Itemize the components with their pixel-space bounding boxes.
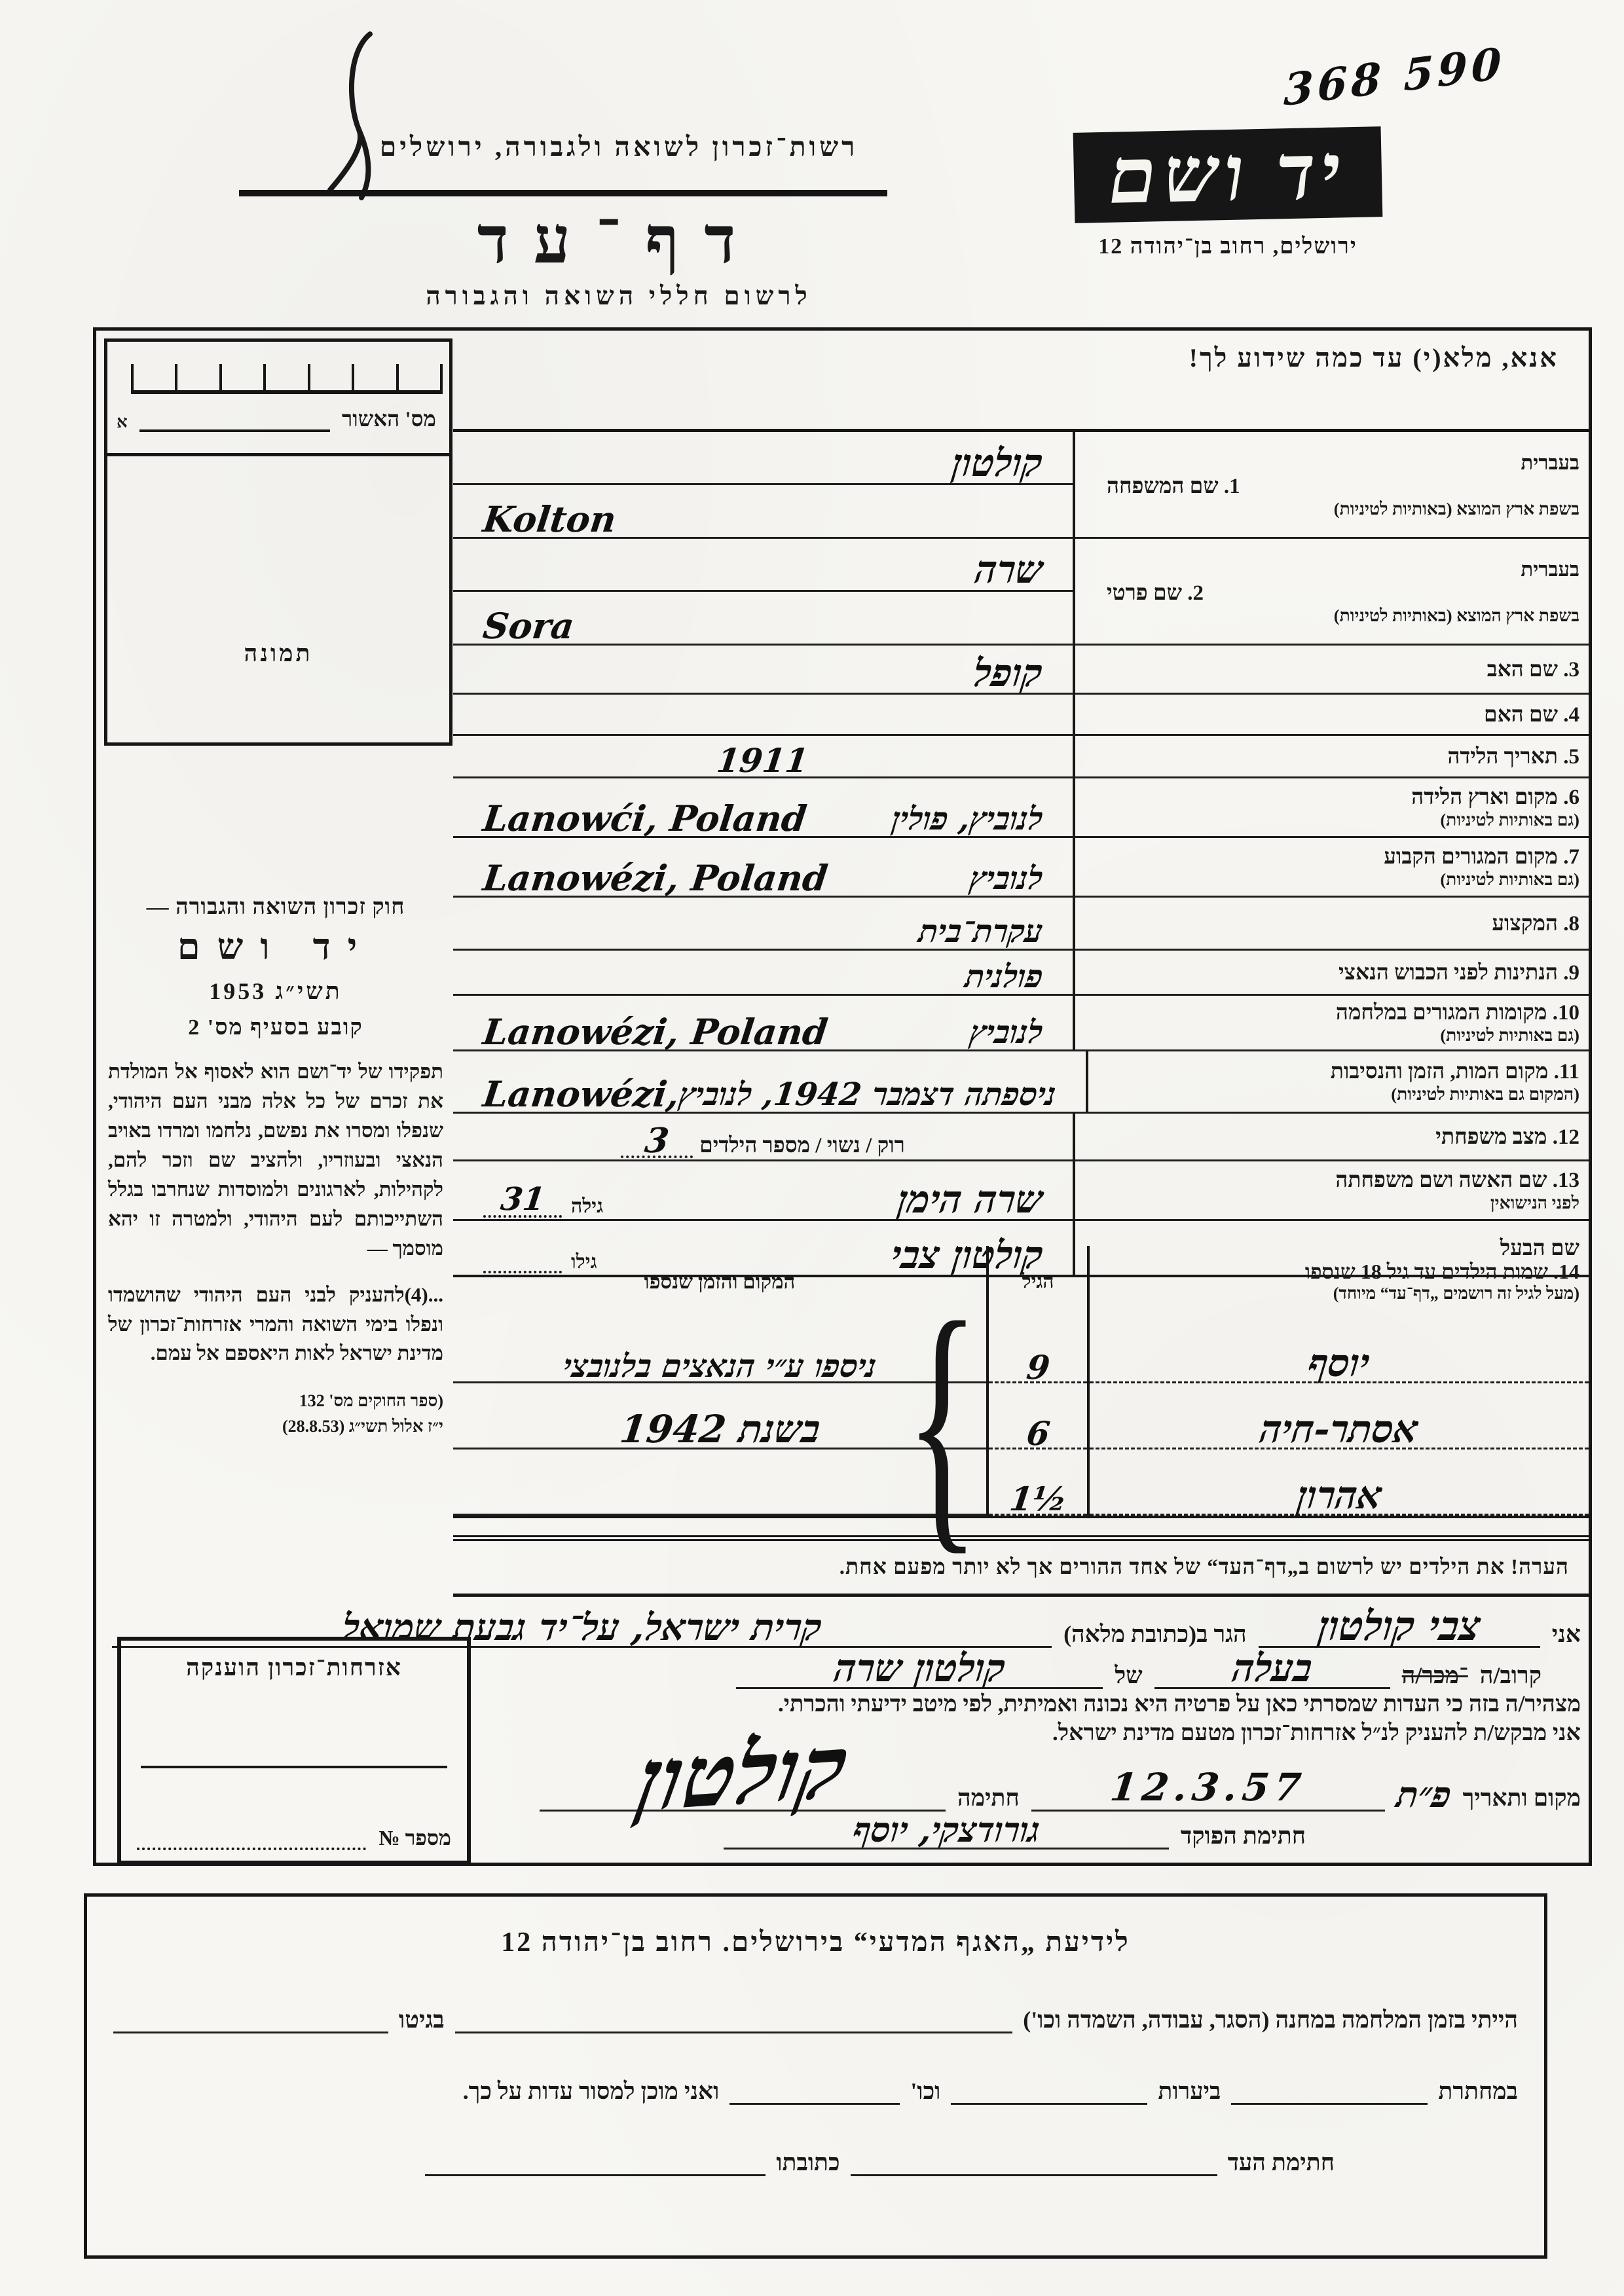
perforation-ruler bbox=[131, 360, 443, 394]
label: 2. שם פרטי bbox=[1080, 581, 1579, 606]
declare-text: מצהיר/ה בזה כי העדות שמסרתי כאן על פרטיה… bbox=[778, 1691, 1581, 1717]
field-marital-status: 12. מצב משפחתי רוק / נשוי / מספר הילדים … bbox=[453, 1114, 1589, 1161]
header-rule bbox=[239, 190, 887, 196]
field-citizenship: 9. הנתינות לפני הכבוש הנאצי פולנית bbox=[453, 951, 1589, 996]
tick bbox=[219, 364, 222, 390]
field-marital-values: רוק / נשוי / מספר הילדים 3 bbox=[453, 1114, 1073, 1159]
law-sidebar: חוק זכרון השואה והגבורה — יד ושם תשי״ג 1… bbox=[108, 895, 443, 1439]
child-age: 9 bbox=[1025, 1354, 1051, 1382]
child-name-row: אהרון bbox=[1090, 1449, 1589, 1516]
field-mother-label: 4. שם האם bbox=[1073, 695, 1589, 734]
value-latin: Lanowći, Poland bbox=[481, 803, 808, 835]
underground-label: במחתרת bbox=[1438, 2077, 1518, 2105]
field-birth-place-values: לנוביץ, פולין Lanowći, Poland bbox=[453, 778, 1073, 836]
clerk-signature: גורודצקי, יוסף bbox=[851, 1814, 1042, 1846]
place-text-2: בשנת 1942 bbox=[618, 1412, 822, 1448]
label: 4. שם האם bbox=[1080, 703, 1579, 727]
logo-address: ירושלים, רחוב בן־יהודה 12 bbox=[1022, 234, 1434, 259]
field-war-residence: 10. מקומות המגורים במלחמה (גם באותיות לט… bbox=[453, 996, 1589, 1051]
field-wife-name: 13. שם האשה ושם משפחתה לפני הנישואין שרה… bbox=[453, 1161, 1589, 1221]
lang-label: בעברית bbox=[1080, 451, 1579, 475]
label: 10. מקומות המגורים במלחמה bbox=[1080, 1001, 1579, 1025]
label: 9. הנתינות לפני הכבוש הנאצי bbox=[1080, 961, 1579, 985]
age-header: הגיל bbox=[1022, 1271, 1054, 1293]
child-age-row: 6 bbox=[989, 1383, 1087, 1449]
panel-line-witness: חתימת העד כתובתו bbox=[87, 2148, 1544, 2176]
value-hebrew: לנוביץ bbox=[968, 1018, 1044, 1048]
label: 12. מצב משפחתי bbox=[1080, 1125, 1579, 1150]
field-father-label: 3. שם האב bbox=[1073, 646, 1589, 693]
age-label: גילה bbox=[571, 1195, 603, 1218]
field-residence-label: 7. מקום המגורים הקבוע (גם באותיות לטיניו… bbox=[1073, 838, 1589, 896]
write-line-latin: Kolton bbox=[453, 485, 1073, 537]
approval-number-label: מס' האשור bbox=[342, 408, 436, 432]
children-table: 14. שמות הילדים עד גיל 18 שנספו (מעל לגי… bbox=[453, 1246, 1589, 1518]
field-citizenship-label: 9. הנתינות לפני הכבוש הנאצי bbox=[1073, 951, 1589, 994]
signature-label: חתימה bbox=[957, 1784, 1020, 1812]
field-first-name: בעברית 2. שם פרטי בשפת ארץ המוצא (באותיו… bbox=[453, 539, 1589, 646]
field-death-label: 11. מקום המות, הזמן והנסיבות (המקום גם ב… bbox=[1086, 1051, 1589, 1112]
write-line-hebrew: שרה bbox=[453, 539, 1073, 592]
yad-vashem-logo-text: יד ושם bbox=[1101, 128, 1354, 222]
tick bbox=[352, 364, 354, 390]
declarant-name: צבי קולטון bbox=[1316, 1607, 1483, 1646]
ghetto-blank bbox=[113, 2005, 388, 2033]
field-mother-name: 4. שם האם bbox=[453, 695, 1589, 736]
age-header-cell: הגיל bbox=[989, 1246, 1087, 1318]
age-blank: 31 bbox=[483, 1187, 562, 1218]
relation-blank: בעלה bbox=[1154, 1650, 1390, 1689]
form-fields: בעברית 1. שם המשפחה בשפת ארץ המוצא (באות… bbox=[453, 429, 1589, 1277]
page-of-testimony-scan: 590 368 רשות־זכרון לשואה ולגבורה, ירושלי… bbox=[0, 0, 1624, 2296]
sublabel: (המקום גם באותיות לטיניות) bbox=[1094, 1084, 1579, 1104]
field-citizenship-values: פולנית bbox=[453, 951, 1073, 994]
relation-value: בעלה bbox=[1230, 1650, 1314, 1686]
law-year: תשי״ג 1953 bbox=[108, 977, 443, 1005]
field-birth-place-label: 6. מקום וארץ הלידה (גם באותיות לטיניות) bbox=[1073, 778, 1589, 836]
field-birth-place: 6. מקום וארץ הלידה (גם באותיות לטיניות) … bbox=[453, 778, 1589, 838]
write-line-latin: Sora bbox=[453, 592, 1073, 644]
victim-name-blank: קולטון שרה bbox=[736, 1650, 1103, 1689]
child-name: אסתר-חיה bbox=[1258, 1412, 1420, 1448]
witness-signature-blank bbox=[851, 2148, 1217, 2176]
label: 1. שם המשפחה bbox=[1080, 475, 1579, 499]
write-line: 1911 bbox=[453, 736, 1073, 776]
witness-address-blank bbox=[425, 2148, 766, 2176]
tick bbox=[263, 364, 266, 390]
child-age-row: 1½ bbox=[989, 1449, 1087, 1516]
field-family-name: בעברית 1. שם המשפחה בשפת ארץ המוצא (באות… bbox=[453, 432, 1589, 539]
value-hebrew: שרה bbox=[973, 552, 1045, 588]
place-value: פ״ת bbox=[1395, 1778, 1453, 1812]
authority-line: רשות־זכרון לשואה ולגבורה, ירושלים bbox=[347, 131, 891, 162]
camp-label: הייתי בזמן המלחמה במחנה (הסגר, עבודה, הש… bbox=[1023, 2006, 1518, 2033]
children-header: 14. שמות הילדים עד גיל 18 שנספו (מעל לגי… bbox=[1090, 1246, 1589, 1318]
field-wife-values: שרה הימן גילה 31 bbox=[453, 1161, 1073, 1219]
write-line: פולנית bbox=[453, 951, 1073, 994]
law-paragraph-1: תפקידו של יד־ושם הוא לאסוף אל המולדת את … bbox=[108, 1057, 443, 1264]
request-text: אני מבקש/ת להעניק לנ״ל אזרחות־זכרון מטעם… bbox=[1052, 1720, 1581, 1746]
value-latin: Lanowézi, bbox=[481, 1078, 681, 1110]
camp-blank bbox=[455, 2005, 1013, 2033]
value-hebrew: פולנית bbox=[963, 962, 1044, 993]
child-name: יוסף bbox=[1306, 1345, 1372, 1381]
law-ref-line2: י״ז אלול תשי״ג (28.8.53) bbox=[108, 1413, 443, 1439]
grant-box-title: אזרחות־זכרון הוענקה bbox=[137, 1654, 451, 1681]
value: 1911 bbox=[716, 746, 811, 775]
label: 5. תאריך הלידה bbox=[1080, 745, 1579, 769]
office-use-box: מס' האשור א תמונה bbox=[104, 338, 452, 746]
photo-label: תמונה bbox=[107, 640, 449, 667]
etc-blank bbox=[729, 2077, 900, 2105]
place-header: המקום והזמן שנספו bbox=[644, 1270, 796, 1294]
value-latin: Kolton bbox=[481, 503, 618, 536]
write-line: עקרת־בית bbox=[453, 898, 1073, 949]
field-profession-values: עקרת־בית bbox=[453, 898, 1073, 949]
write-line: ניספתה דצמבר 1942, לנוביץ Lanowézi, bbox=[453, 1051, 1086, 1112]
value-latin: Lanowézi, Poland bbox=[481, 862, 830, 894]
field-first-values: שרה Sora bbox=[453, 539, 1073, 644]
tick bbox=[175, 364, 177, 390]
field-birth-date-values: 1911 bbox=[453, 736, 1073, 776]
label: 3. שם האב bbox=[1080, 658, 1579, 682]
tick bbox=[308, 364, 310, 390]
date-value: 12.3.57 bbox=[1108, 1765, 1309, 1810]
place-date-label: מקום ותאריך bbox=[1463, 1784, 1581, 1812]
field-first-label: בעברית 2. שם פרטי בשפת ארץ המוצא (באותיו… bbox=[1073, 539, 1589, 644]
place-text-1: ניספו ע״י הנאצים בלנובצי bbox=[561, 1352, 878, 1382]
field-birth-date: 5. תאריך הלידה 1911 bbox=[453, 736, 1589, 778]
panel-line-camp: הייתי בזמן המלחמה במחנה (הסגר, עבודה, הש… bbox=[87, 2005, 1544, 2033]
i-label: אני bbox=[1552, 1620, 1581, 1648]
field-marital-label: 12. מצב משפחתי bbox=[1073, 1114, 1589, 1159]
margin-letter: א bbox=[117, 412, 128, 432]
marital-count-blank: 3 bbox=[621, 1127, 693, 1158]
law-ref-line1: (ספר החוקים מס' 132 bbox=[108, 1388, 443, 1413]
form-subtitle: לרשום חללי השואה והגבורה bbox=[347, 282, 891, 311]
law-reference: (ספר החוקים מס' 132 י״ז אלול תשי״ג (28.8… bbox=[108, 1388, 443, 1439]
yad-vashem-logo: יד ושם bbox=[1073, 126, 1383, 223]
note-text: הערה! את הילדים יש לרשום ב„דף־העד“ של אח… bbox=[820, 1556, 1589, 1580]
wife-age-cluster: גילה 31 bbox=[483, 1187, 603, 1218]
sublabel: לפני הנישואין bbox=[1080, 1193, 1579, 1213]
write-line: שרה הימן גילה 31 bbox=[453, 1161, 1073, 1219]
witness-signature-label: חתימת העד bbox=[1228, 2149, 1335, 2176]
victim-name: קולטון שרה bbox=[832, 1650, 1008, 1686]
write-line: קופל bbox=[453, 646, 1073, 693]
write-line: לנוביץ Lanowézi, Poland bbox=[453, 838, 1073, 896]
law-paragraph-2: ...(4)להעניק לבני העם היהודי שהושמדו ונפ… bbox=[108, 1281, 443, 1369]
willing-testify-text: ואני מוכן למסור עדות על כך. bbox=[463, 2077, 720, 2105]
handwritten-mark bbox=[308, 26, 393, 210]
field-death-values: ניספתה דצמבר 1942, לנוביץ Lanowézi, bbox=[453, 1051, 1086, 1112]
write-line: רוק / נשוי / מספר הילדים 3 bbox=[453, 1114, 1073, 1159]
witness-address-label: כתובתו bbox=[776, 2149, 840, 2176]
field-profession: 8. המקצוע עקרת־בית bbox=[453, 898, 1589, 951]
write-line-hebrew: קולטון bbox=[453, 432, 1073, 485]
main-form-box: אנא, מלא(י) עד כמה שידוע לך! מס' האשור א… bbox=[93, 327, 1592, 1866]
law-title: חוק זכרון השואה והגבורה — bbox=[108, 895, 443, 920]
child-age: 6 bbox=[1025, 1420, 1051, 1448]
tick bbox=[131, 364, 134, 390]
grant-blank-line bbox=[141, 1740, 447, 1768]
relation-label: קרוב/ה bbox=[1480, 1662, 1541, 1689]
forests-blank bbox=[951, 2077, 1147, 2105]
relation-label-struck: ־מכר/ה bbox=[1402, 1662, 1468, 1689]
field-war-residence-label: 10. מקומות המגורים במלחמה (גם באותיות לט… bbox=[1073, 996, 1589, 1049]
signature-blank: קולטון bbox=[540, 1748, 946, 1812]
value-hebrew: קולטון bbox=[950, 445, 1044, 481]
scientific-branch-panel: לידיעת „האגף המדעי“ בירושלים. רחוב בן־יה… bbox=[84, 1893, 1547, 2259]
label: 13. שם האשה ושם משפחתה bbox=[1080, 1169, 1579, 1193]
value-hebrew: עקרת־בית bbox=[917, 917, 1044, 947]
sublabel: (גם באותיות לטיניות) bbox=[1080, 869, 1579, 890]
office-box-rule bbox=[107, 453, 449, 456]
grant-number-label: מספר № bbox=[379, 1826, 451, 1850]
sublabel: (גם באותיות לטיניות) bbox=[1080, 810, 1579, 830]
label: 6. מקום וארץ הלידה bbox=[1080, 786, 1579, 810]
tick bbox=[396, 364, 399, 390]
etc-label: וכו' bbox=[910, 2077, 940, 2105]
field-family-values: קולטון Kolton bbox=[453, 432, 1073, 537]
forests-label: ביערות bbox=[1158, 2077, 1221, 2105]
sublabel: (גם באותיות לטיניות) bbox=[1080, 1025, 1579, 1046]
fill-in-instruction: אנא, מלא(י) עד כמה שידוע לך! bbox=[969, 342, 1559, 373]
child-name: אהרון bbox=[1295, 1478, 1383, 1514]
children-label-line1: 14. שמות הילדים עד גיל 18 שנספו bbox=[1099, 1260, 1579, 1284]
field-war-residence-values: לנוביץ Lanowézi, Poland bbox=[453, 996, 1073, 1049]
value-latin: Lanowézi, Poland bbox=[481, 1016, 830, 1048]
date-blank: 12.3.57 bbox=[1031, 1765, 1385, 1812]
field-father-values: קופל bbox=[453, 646, 1073, 693]
handwritten-brace: } bbox=[905, 1323, 980, 1520]
child-name-row: אסתר-חיה bbox=[1090, 1383, 1589, 1449]
resides-label: הגר ב(כתובת מלאה) bbox=[1063, 1620, 1247, 1648]
value-hebrew: לנוביץ, פולין bbox=[890, 805, 1044, 835]
field-profession-label: 8. המקצוע bbox=[1073, 898, 1589, 949]
age-value: 31 bbox=[499, 1187, 546, 1212]
sublabel: בשפת ארץ המוצא (באותיות לטיניות) bbox=[1080, 606, 1579, 626]
archive-number-handwritten: 590 368 bbox=[1283, 37, 1505, 116]
approval-number-row: מס' האשור א bbox=[117, 405, 436, 432]
declarant-name-blank: צבי קולטון bbox=[1259, 1607, 1540, 1648]
law-logo-text: יד ושם bbox=[108, 926, 443, 968]
child-name-row: יוסף bbox=[1090, 1318, 1589, 1384]
field-wife-label: 13. שם האשה ושם משפחתה לפני הנישואין bbox=[1073, 1161, 1589, 1219]
label: 7. מקום המגורים הקבוע bbox=[1080, 845, 1579, 869]
witness-signature: קולטון bbox=[634, 1741, 851, 1808]
write-line: לנוביץ Lanowézi, Poland bbox=[453, 996, 1073, 1049]
lang-label: בעברית bbox=[1080, 558, 1579, 581]
children-label-line2: (מעל לגיל זה רושמים „דף־עד“ מיוחד) bbox=[1099, 1284, 1579, 1303]
children-names-column: 14. שמות הילדים עד גיל 18 שנספו (מעל לגי… bbox=[1087, 1246, 1589, 1516]
field-death: 11. מקום המות, הזמן והנסיבות (המקום גם ב… bbox=[453, 1051, 1589, 1114]
panel-title: לידיעת „האגף המדעי“ בירושלים. רחוב בן־יה… bbox=[87, 1927, 1544, 1958]
underground-blank bbox=[1231, 2077, 1428, 2105]
field-birth-date-label: 5. תאריך הלידה bbox=[1073, 736, 1589, 776]
field-mother-values bbox=[453, 695, 1073, 734]
note-box: הערה! את הילדים יש לרשום ב„דף־העד“ של אח… bbox=[453, 1535, 1589, 1597]
marital-count-value: 3 bbox=[643, 1127, 670, 1155]
approval-number-blank bbox=[139, 405, 330, 432]
tick bbox=[440, 364, 443, 390]
ghetto-label: בגיטו bbox=[399, 2006, 445, 2033]
marital-options: רוק / נשוי / מספר הילדים bbox=[699, 1134, 905, 1158]
clerk-label: חתימת הפוקד bbox=[1181, 1822, 1306, 1850]
field-residence-values: לנוביץ Lanowézi, Poland bbox=[453, 838, 1073, 896]
value-hebrew: ניספתה דצמבר 1942, לנוביץ bbox=[677, 1080, 1058, 1110]
write-line bbox=[453, 695, 1073, 734]
of-label: של bbox=[1115, 1662, 1142, 1689]
children-place-column: המקום והזמן שנספו ניספו ע״י הנאצים בלנוב… bbox=[453, 1246, 986, 1516]
grant-number-row: מספר № bbox=[137, 1826, 451, 1850]
sublabel: בשפת ארץ המוצא (באותיות לטיניות) bbox=[1080, 499, 1579, 519]
children-ages-column: הגיל 9 6 1½ bbox=[986, 1246, 1087, 1516]
grant-number-blank bbox=[137, 1828, 366, 1850]
field-family-label: בעברית 1. שם המשפחה בשפת ארץ המוצא (באות… bbox=[1073, 432, 1589, 537]
value-hebrew: לנוביץ bbox=[968, 864, 1044, 894]
field-residence: 7. מקום המגורים הקבוע (גם באותיות לטיניו… bbox=[453, 838, 1589, 898]
label: 8. המקצוע bbox=[1080, 912, 1579, 936]
value-hebrew: קופל bbox=[972, 655, 1044, 691]
panel-line-underground: במחתרת ביערות וכו' ואני מוכן למסור עדות … bbox=[87, 2077, 1544, 2105]
law-section: קובע בסעיף מס' 2 bbox=[108, 1015, 443, 1040]
form-title: דף־עד bbox=[367, 208, 871, 274]
label: 11. מקום המות, הזמן והנסיבות bbox=[1094, 1060, 1579, 1084]
child-age: 1½ bbox=[1008, 1485, 1068, 1514]
field-father-name: 3. שם האב קופל bbox=[453, 646, 1589, 695]
write-line: לנוביץ, פולין Lanowći, Poland bbox=[453, 778, 1073, 836]
memorial-citizenship-box: אזרחות־זכרון הוענקה מספר № bbox=[117, 1637, 471, 1865]
child-age-row: 9 bbox=[989, 1318, 1087, 1384]
value-latin: Sora bbox=[481, 610, 576, 642]
value-hebrew: שרה הימן bbox=[896, 1182, 1045, 1218]
